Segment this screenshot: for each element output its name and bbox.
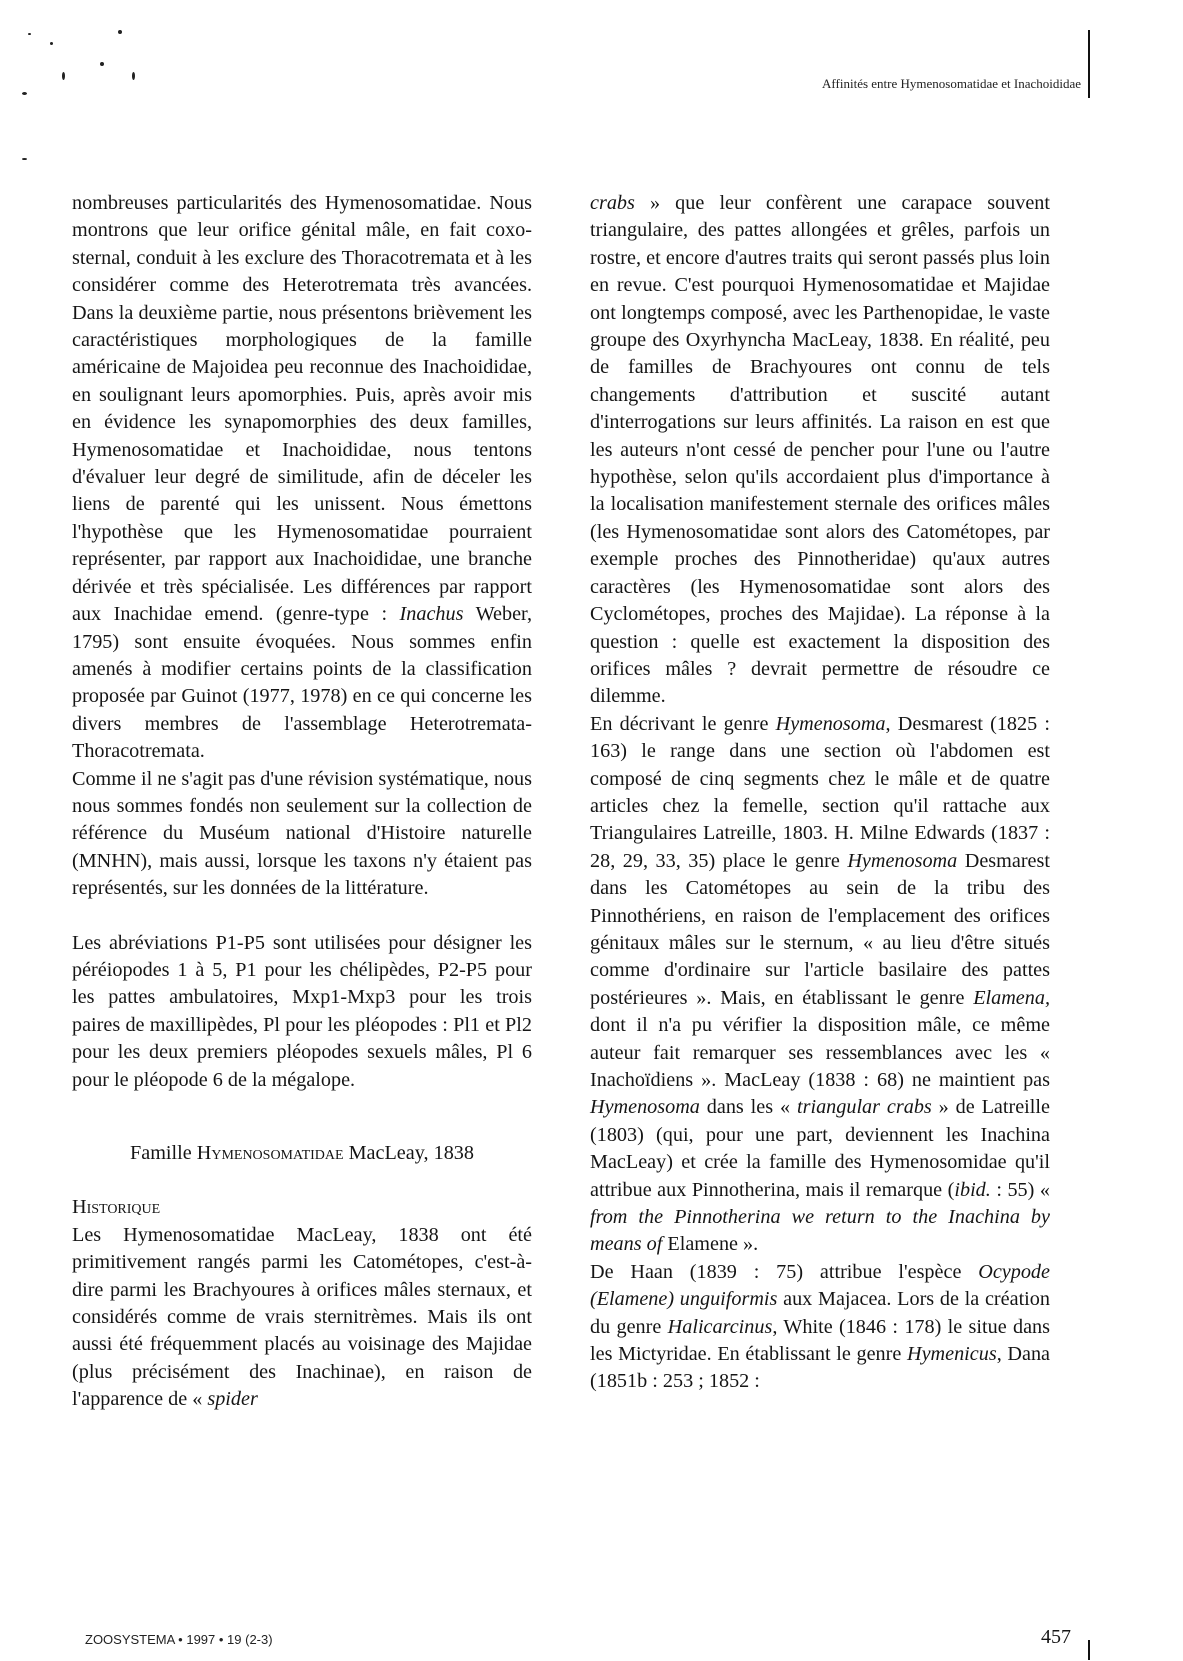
genus-hymenosoma: Hymenosoma (847, 850, 957, 872)
italic-ibid: ibid. (954, 1179, 990, 1201)
page-number: 457 (1041, 1626, 1071, 1649)
spacer (72, 1094, 532, 1140)
right-column: crabs » que leur confèrent une carapace … (590, 190, 1050, 1396)
text: dans les « (700, 1096, 797, 1118)
genus-hymenosoma: Hymenosoma (590, 1096, 700, 1118)
text: dont il n'a pu vérifier la disposition m… (590, 1014, 1050, 1091)
spacer (72, 1167, 532, 1194)
footer-rule (1088, 1640, 1090, 1660)
text: Elamene ». (662, 1233, 758, 1255)
text: : 55) « (991, 1179, 1050, 1201)
genus-inachus: Inachus (400, 603, 464, 625)
family-heading-suffix: MacLeay, 1838 (344, 1142, 474, 1164)
paragraph-desmarest: En décrivant le genre Hymenosoma, Desmar… (590, 711, 1050, 1259)
family-heading-prefix: Famille (130, 1142, 197, 1164)
paragraph-intro: nombreuses particularités des Hymenosoma… (72, 190, 532, 766)
italic-quote: from the Pinnotherina we return to the I… (590, 1206, 1050, 1255)
paragraph-de-haan: De Haan (1839 : 75) attribue l'espèce Oc… (590, 1259, 1050, 1396)
genus-hymenosoma: Hymenosoma (776, 713, 886, 735)
historique-text: Les Hymenosomatidae MacLeay, 1838 ont ét… (72, 1224, 532, 1410)
header-rule (1088, 30, 1090, 98)
paragraph-historique: Les Hymenosomatidae MacLeay, 1838 ont ét… (72, 1222, 532, 1414)
journal-citation: ZOOSYSTEMA • 1997 • 19 (2-3) (85, 1632, 273, 1647)
text: De Haan (1839 : 75) attribue l'espèce (590, 1261, 978, 1283)
paragraph-methods: Comme il ne s'agit pas d'une révision sy… (72, 766, 532, 903)
intro-text-tail: Weber, 1795) sont ensuite évoquées. Nous… (72, 603, 532, 762)
genus-hymenicus: Hymenicus (907, 1343, 997, 1365)
section-heading-historique: Historique (72, 1194, 532, 1221)
paragraph-continuation: crabs » que leur confèrent une carapace … (590, 190, 1050, 711)
text: Desmarest dans les Catométopes au sein d… (590, 850, 1050, 1009)
running-head: Affinités entre Hymenosomatidae et Inach… (822, 76, 1081, 92)
italic-spider: spider (207, 1388, 257, 1410)
italic-crabs: crabs (590, 192, 635, 214)
paragraph-abbreviations: Les abréviations P1-P5 sont utilisées po… (72, 930, 532, 1094)
continuation-text: » que leur confèrent une carapace souven… (590, 192, 1050, 707)
family-heading-name: Hymenosomatidae (197, 1142, 344, 1164)
text: , Desmarest (1825 : 163) le range dans u… (590, 713, 1050, 872)
intro-text: nombreuses particularités des Hymenosoma… (72, 192, 532, 625)
genus-halicarcinus: Halicarcinus (668, 1316, 773, 1338)
spacer (72, 903, 532, 930)
genus-elamena: Elamena, (973, 987, 1050, 1009)
text: En décrivant le genre (590, 713, 776, 735)
family-heading: Famille Hymenosomatidae MacLeay, 1838 (72, 1140, 532, 1167)
italic-triangular-crabs: triangular crabs (797, 1096, 932, 1118)
left-column: nombreuses particularités des Hymenosoma… (72, 190, 532, 1414)
